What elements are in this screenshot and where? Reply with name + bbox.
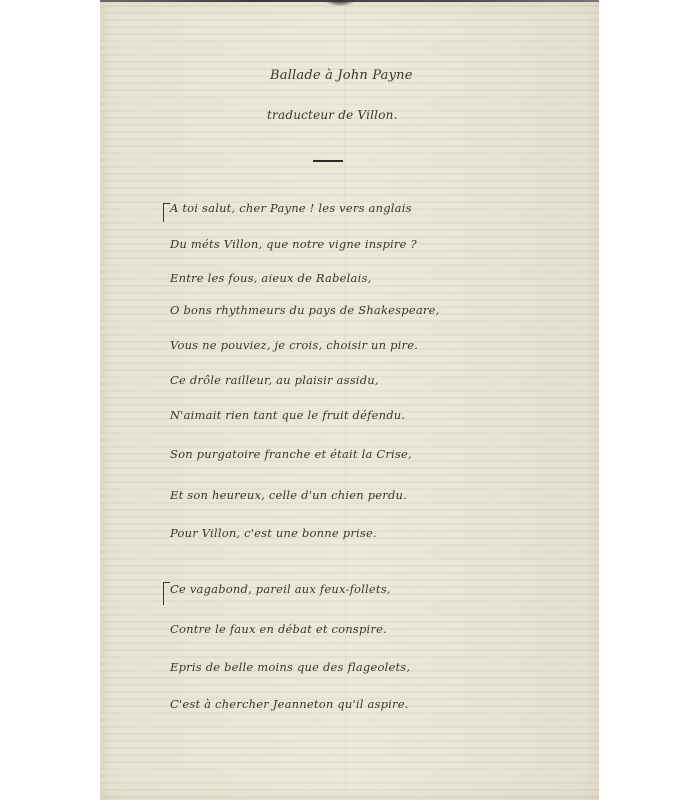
stanza-2-bracket (163, 582, 170, 605)
stanza-1-line-8: Son purgatoire franche et était la Crise… (170, 447, 412, 461)
stanza-1-line-1: A toi salut, cher Payne ! les vers angla… (170, 201, 412, 215)
stanza-1-line-10: Pour Villon, c'est une bonne prise. (170, 526, 377, 540)
fold-notch (325, 0, 355, 6)
title-divider (313, 160, 343, 162)
stanza-1-line-3: Entre les fous, aieux de Rabelais, (170, 271, 371, 285)
stanza-2-line-4: C'est à chercher Jeanneton qu'il aspire. (170, 697, 409, 711)
stanza-1-line-9: Et son heureux, celle d'un chien perdu. (170, 488, 407, 502)
stanza-1-line-7: N'aimait rien tant que le fruit défendu. (170, 408, 405, 422)
poem-title: Ballade à John Payne (270, 68, 413, 83)
stanza-2-line-2: Contre le faux en débat et conspire. (170, 622, 387, 636)
stanza-2-line-1: Ce vagabond, pareil aux feux-follets, (170, 582, 391, 596)
stanza-1-line-4: O bons rhythmeurs du pays de Shakespeare… (170, 303, 439, 317)
stanza-2-line-3: Epris de belle moins que des flageolets, (170, 660, 410, 674)
stanza-1-bracket (163, 203, 170, 222)
manuscript-page: Ballade à John Payne traducteur de Villo… (100, 0, 599, 800)
stanza-1-line-5: Vous ne pouviez, je crois, choisir un pi… (170, 338, 418, 352)
poem-subtitle: traducteur de Villon. (267, 108, 398, 122)
stanza-1-line-6: Ce drôle railleur, au plaisir assidu, (170, 373, 379, 387)
stanza-1-line-2: Du méts Villon, que notre vigne inspire … (170, 237, 417, 251)
